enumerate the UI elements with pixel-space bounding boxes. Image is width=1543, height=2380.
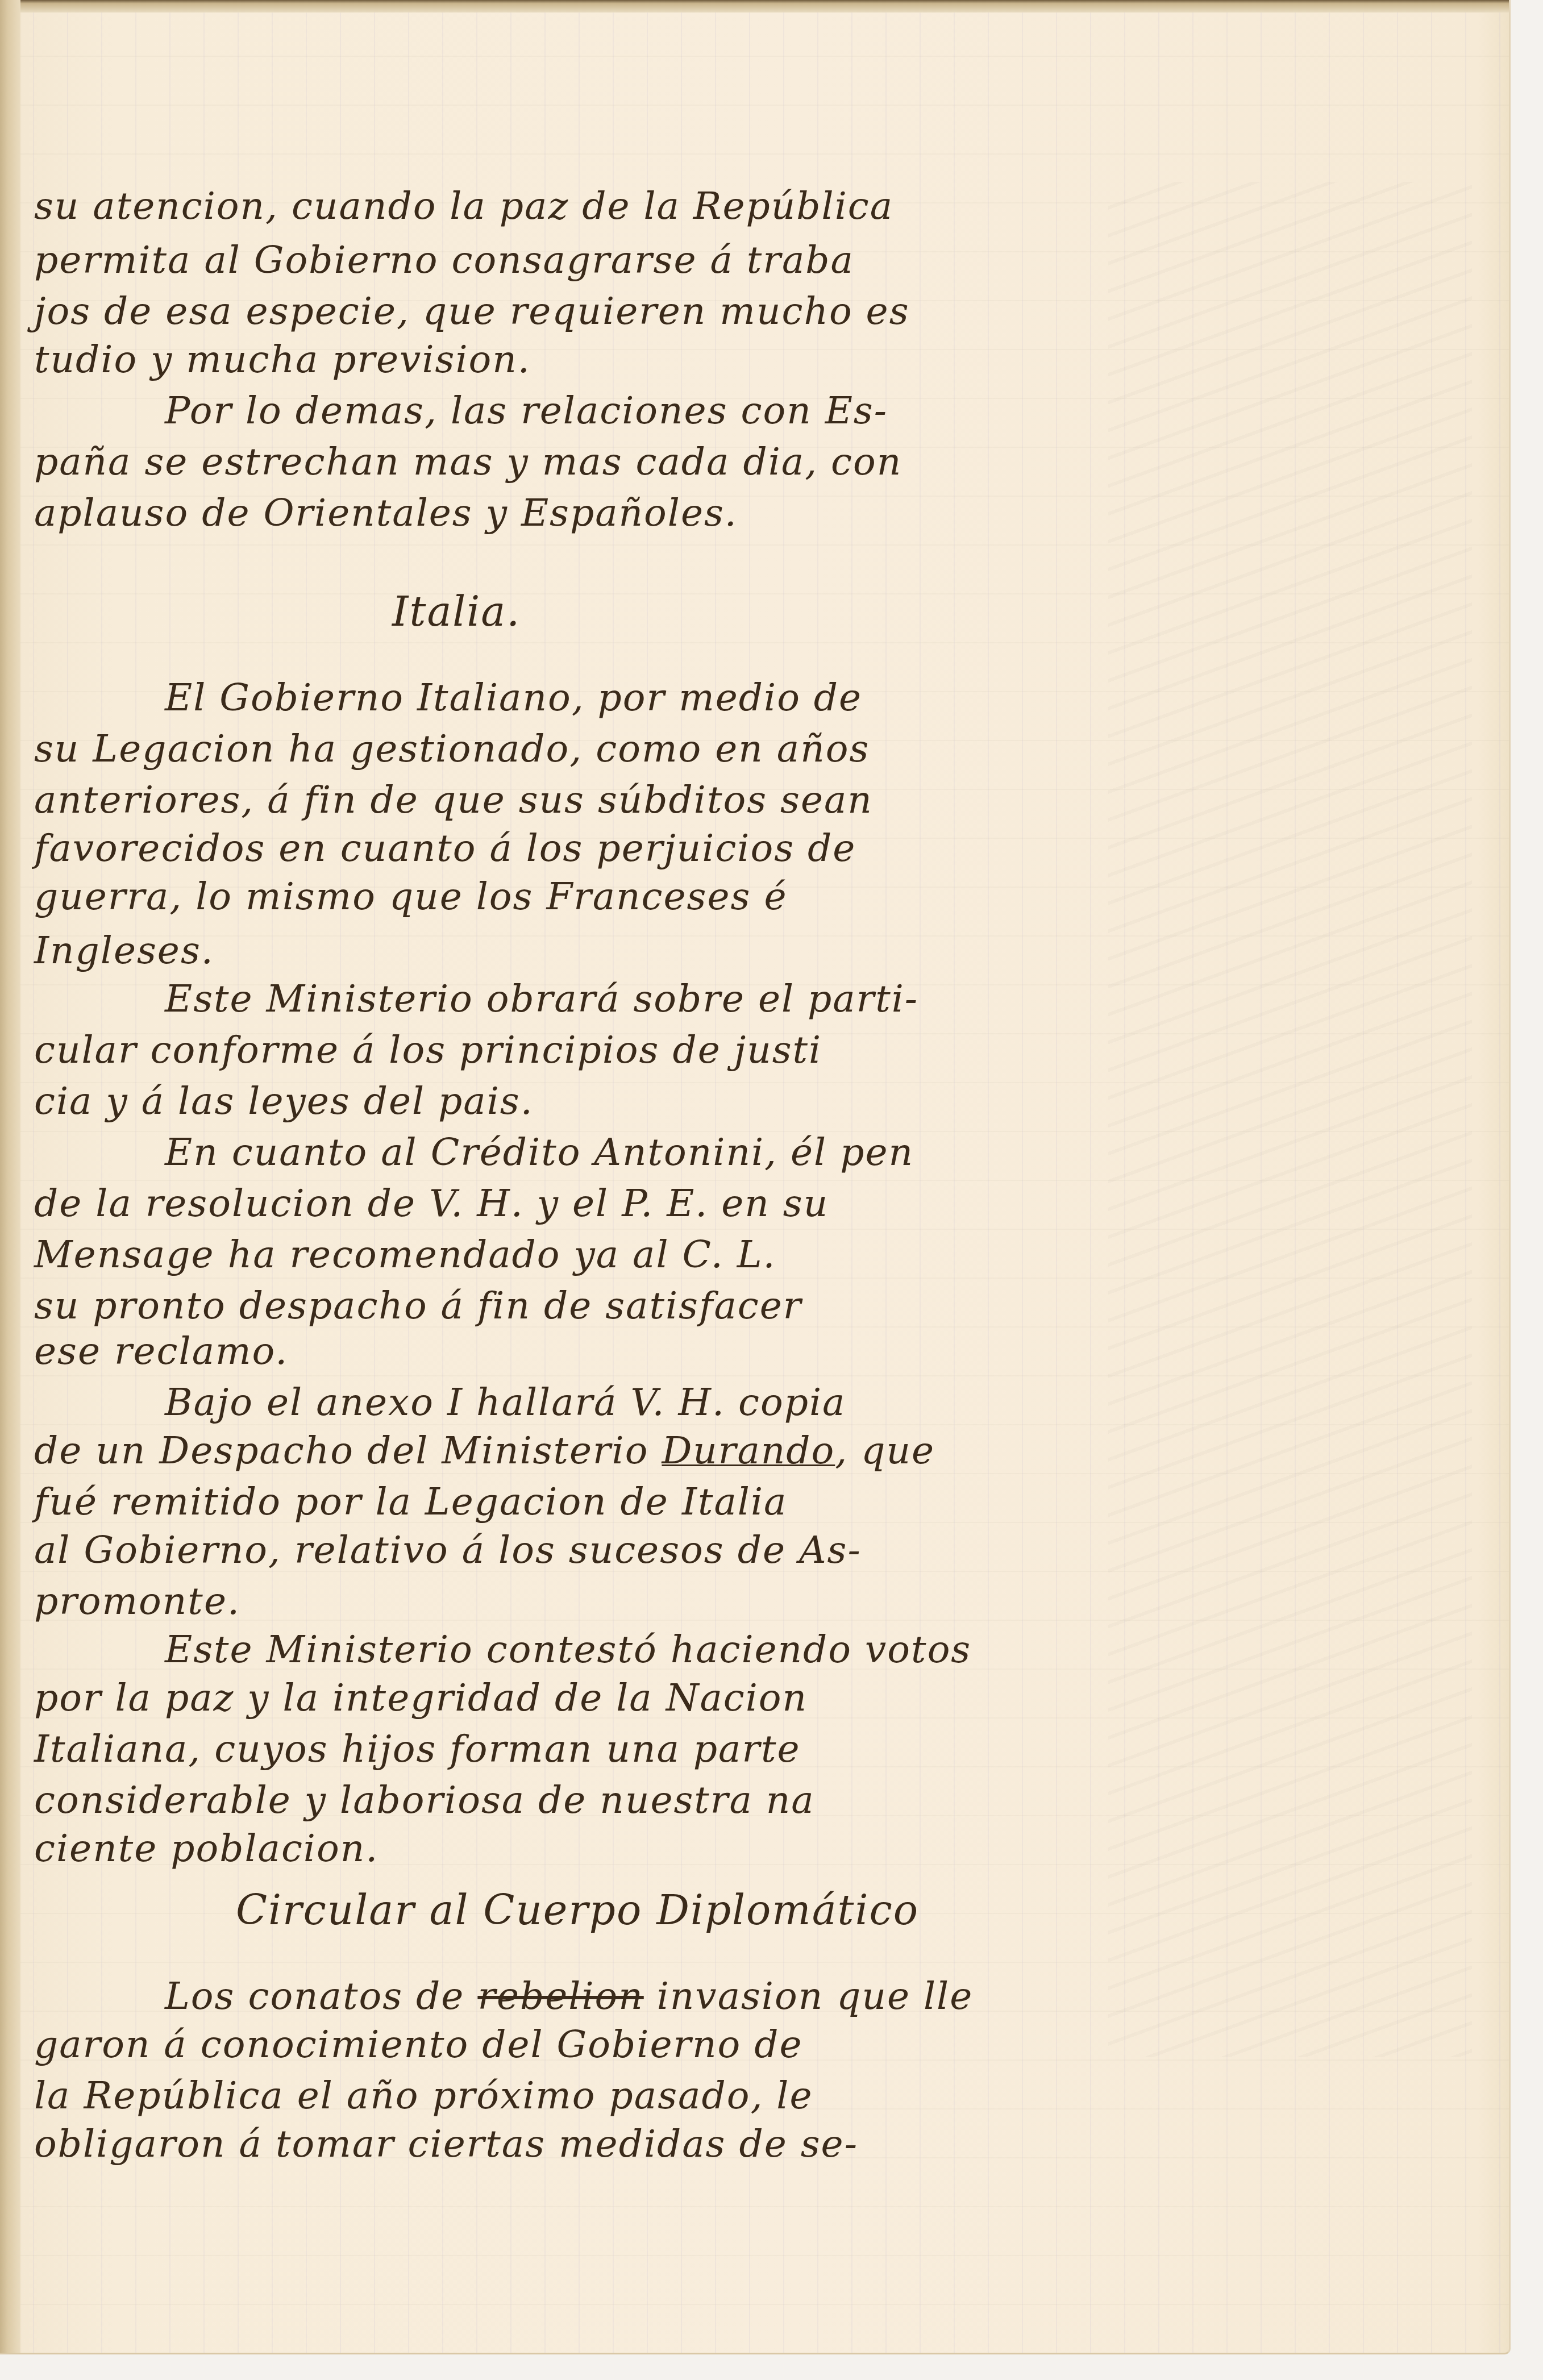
text-line: obligaron á tomar ciertas medidas de se- xyxy=(34,2125,1000,2163)
text-line: Por lo demas, las relaciones con Es- xyxy=(165,392,1131,430)
text-line: ciente poblacion. xyxy=(34,1830,1000,1867)
text-line: considerable y laboriosa de nuestra na xyxy=(34,1782,1000,1819)
text-line: su Legacion ha gestionado, como en años xyxy=(34,730,1000,768)
text-line: fué remitido por la Legacion de Italia xyxy=(34,1483,1000,1521)
section-heading-circular: Circular al Cuerpo Diplomático xyxy=(236,1890,1202,1930)
text-line: El Gobierno Italiano, por medio de xyxy=(165,679,1131,717)
text-line: Este Ministerio contestó haciendo votos xyxy=(165,1631,1131,1669)
text-line: Italiana, cuyos hijos forman una parte xyxy=(34,1730,1000,1768)
ink-show-through xyxy=(1108,182,1472,2057)
text-line: ese reclamo. xyxy=(34,1333,1000,1370)
text-line: Ingleses. xyxy=(34,932,1000,970)
page-binding-edge xyxy=(0,0,20,2353)
text-line: guerra, lo mismo que los Franceses é xyxy=(34,878,1000,916)
text-line: cia y á las leyes del pais. xyxy=(34,1083,1000,1120)
text-line: tudio y mucha prevision. xyxy=(34,341,1000,378)
text-line: permita al Gobierno consagrarse á traba xyxy=(34,242,1000,279)
manuscript-page: su atencion, cuando la paz de la Repúbli… xyxy=(0,0,1511,2354)
text-line: su pronto despacho á fin de satisfacer xyxy=(34,1287,1000,1325)
text-line: jos de esa especie, que requieren mucho … xyxy=(34,293,1000,330)
text-line: al Gobierno, relativo á los sucesos de A… xyxy=(34,1532,1000,1569)
page-top-edge xyxy=(0,0,1509,13)
underlined-word: Durando xyxy=(662,1429,835,1472)
text-line: de la resolucion de V. H. y el P. E. en … xyxy=(34,1185,1000,1222)
text-line: aplauso de Orientales y Españoles. xyxy=(34,494,1000,532)
text-line: la República el año próximo pasado, le xyxy=(34,2077,1000,2115)
section-heading-italia: Italia. xyxy=(392,591,1358,632)
text-line: Mensage ha recomendado ya al C. L. xyxy=(34,1236,1000,1274)
text-line: su atencion, cuando la paz de la Repúbli… xyxy=(34,188,1000,225)
text-line: En cuanto al Crédito Antonini, él pen xyxy=(165,1134,1131,1171)
text-line: Los conatos de rebelion invasion que lle xyxy=(165,1978,1131,2015)
text-line: de un Despacho del Ministerio Durando, q… xyxy=(34,1432,1000,1470)
text-line: promonte. xyxy=(34,1583,1000,1620)
text-line: paña se estrechan mas y mas cada dia, co… xyxy=(34,443,1000,481)
struck-word: rebelion xyxy=(477,1974,643,2018)
text-line: Este Ministerio obrará sobre el parti- xyxy=(165,980,1131,1018)
text-line: favorecidos en cuanto á los perjuicios d… xyxy=(34,830,1000,867)
text-line: Bajo el anexo I hallará V. H. copia xyxy=(165,1384,1131,1421)
text-line: por la paz y la integridad de la Nacion xyxy=(34,1679,1000,1717)
text-line: anteriores, á fin de que sus súbditos se… xyxy=(34,781,1000,819)
text-line: cular conforme á los principios de justi xyxy=(34,1031,1000,1069)
text-line: garon á conocimiento del Gobierno de xyxy=(34,2026,1000,2063)
